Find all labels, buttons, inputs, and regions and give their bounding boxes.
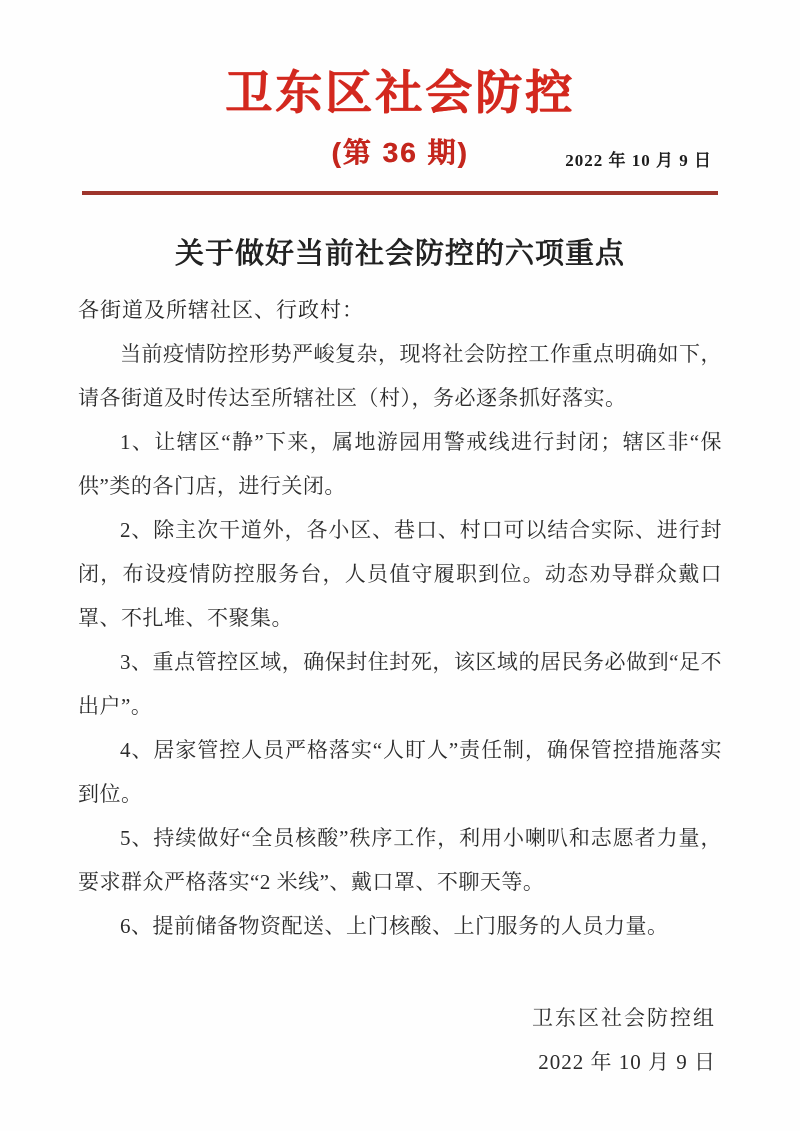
- red-divider-rule: [82, 191, 718, 195]
- masthead-issue-row: (第 36 期) 2022 年 10 月 9 日: [0, 131, 800, 177]
- paragraph-item-4: 4、居家管控人员严格落实“人盯人”责任制，确保管控措施落实到位。: [78, 728, 722, 816]
- signature-block: 卫东区社会防控组 2022 年 10 月 9 日: [0, 996, 800, 1084]
- paragraph-intro: 当前疫情防控形势严峻复杂，现将社会防控工作重点明确如下，请各街道及时传达至所辖社…: [78, 332, 722, 420]
- paragraph-item-5: 5、持续做好“全员核酸”秩序工作，利用小喇叭和志愿者力量，要求群众严格落实“2 …: [78, 816, 722, 904]
- paragraph-item-2: 2、除主次干道外，各小区、巷口、村口可以结合实际、进行封闭，布设疫情防控服务台，…: [78, 508, 722, 640]
- issue-number: (第 36 期): [331, 137, 468, 168]
- masthead-date: 2022 年 10 月 9 日: [565, 146, 712, 171]
- document-body: 各街道及所辖社区、行政村： 当前疫情防控形势严峻复杂，现将社会防控工作重点明确如…: [0, 288, 800, 948]
- masthead-title: 卫东区社会防控: [0, 62, 800, 123]
- masthead: 卫东区社会防控 (第 36 期) 2022 年 10 月 9 日: [0, 0, 800, 195]
- paragraph-item-1: 1、让辖区“静”下来，属地游园用警戒线进行封闭；辖区非“保供”类的各门店，进行关…: [78, 420, 722, 508]
- paragraph-item-6: 6、提前储备物资配送、上门核酸、上门服务的人员力量。: [78, 904, 722, 948]
- notice-document-page: 卫东区社会防控 (第 36 期) 2022 年 10 月 9 日 关于做好当前社…: [0, 0, 800, 1131]
- salutation: 各街道及所辖社区、行政村：: [78, 288, 722, 332]
- paragraph-item-3: 3、重点管控区域，确保封住封死，该区域的居民务必做到“足不出户”。: [78, 640, 722, 728]
- document-heading: 关于做好当前社会防控的六项重点: [0, 231, 800, 272]
- signature-organization: 卫东区社会防控组: [0, 996, 716, 1040]
- signature-date: 2022 年 10 月 9 日: [0, 1040, 716, 1084]
